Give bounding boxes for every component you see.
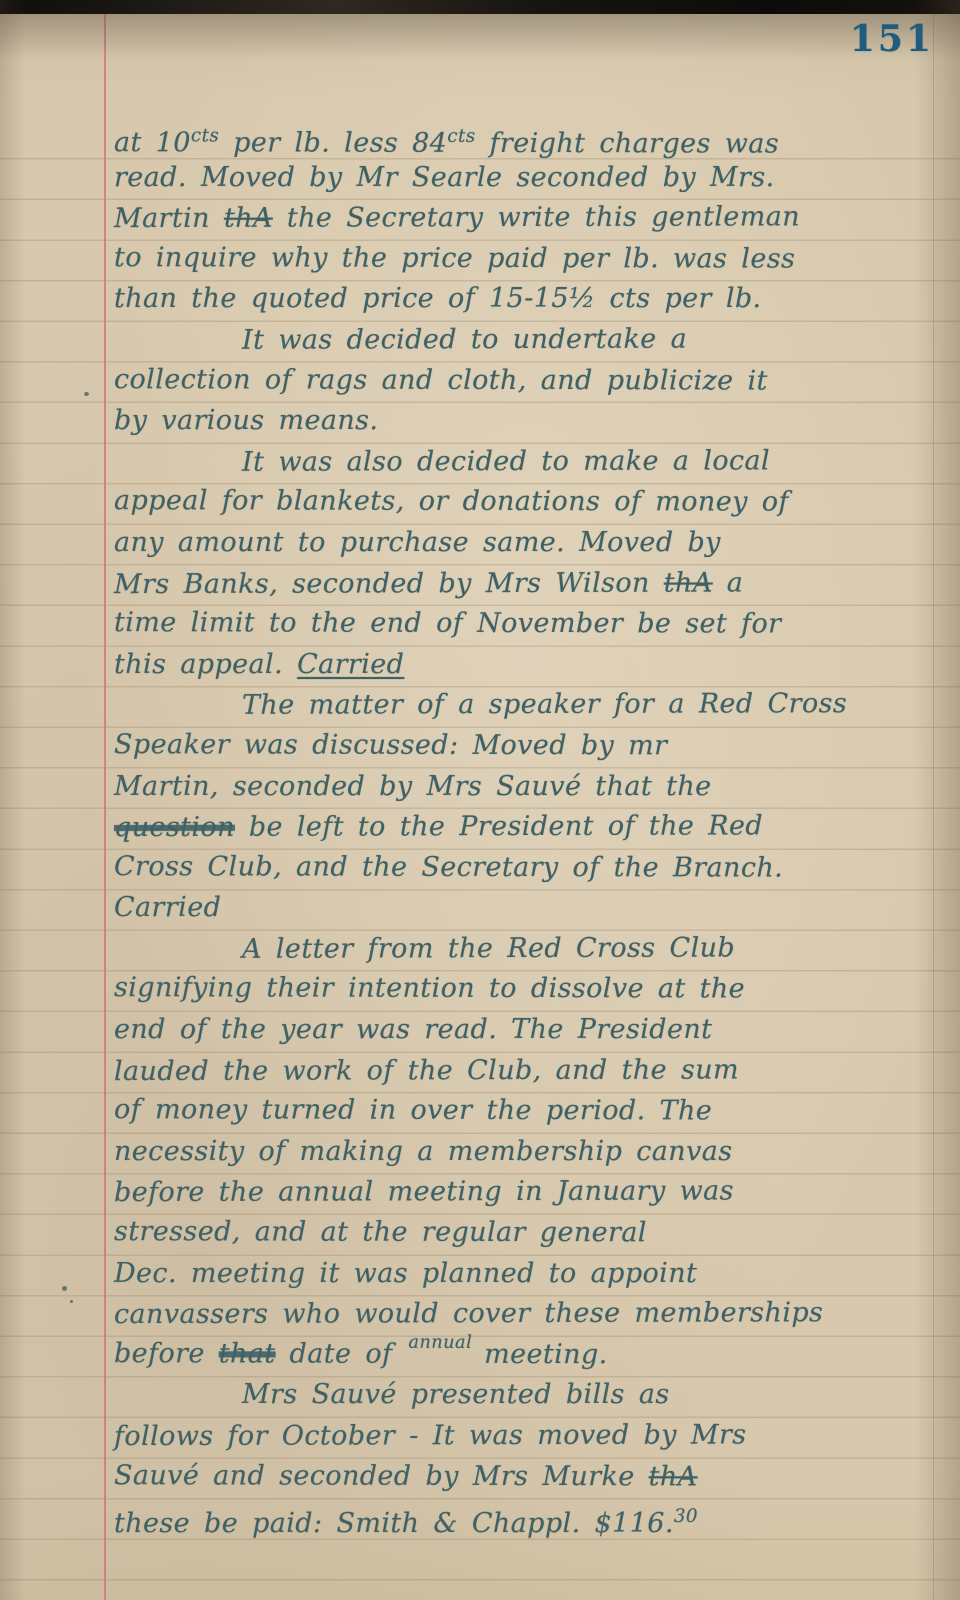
handwriting-segment-underline: Carried bbox=[297, 649, 404, 680]
handwriting-segment: per lb. less 84 bbox=[219, 127, 447, 158]
handwriting-segment: to inquire why the price paid per lb. wa… bbox=[114, 242, 795, 274]
handwriting-segment: a bbox=[713, 567, 744, 598]
handwriting-line: follows for October - It was moved by Mr… bbox=[114, 1416, 942, 1459]
handwriting-line: Mrs Sauvé presented bills as bbox=[114, 1376, 942, 1417]
handwriting-segment: this appeal. bbox=[114, 649, 297, 680]
handwriting-segment-scribble: that bbox=[219, 1338, 276, 1369]
handwriting-segment: be left to the President of the Red bbox=[235, 810, 763, 842]
handwriting-segment-sup: 30 bbox=[674, 1506, 698, 1527]
handwriting-segment: Cross Club, and the Secretary of the Bra… bbox=[114, 851, 783, 883]
handwriting-segment: freight charges was bbox=[476, 128, 780, 160]
notebook-page: 151 at 10cts per lb. less 84cts freight … bbox=[0, 0, 960, 1600]
handwriting-segment: Dec. meeting it was planned to appoint bbox=[114, 1258, 697, 1289]
handwriting-line: at 10cts per lb. less 84cts freight char… bbox=[114, 117, 942, 159]
handwriting-segment-sup: cts bbox=[447, 126, 475, 147]
handwriting-segment: Martin, seconded by Mrs Sauvé that the bbox=[114, 771, 712, 802]
handwriting-segment: Mrs Sauvé presented bills as bbox=[242, 1379, 670, 1410]
book-top-edge bbox=[0, 0, 960, 14]
handwriting-segment: It was decided to undertake a bbox=[242, 324, 687, 356]
handwriting-segment: follows for October - It was moved by Mr… bbox=[114, 1419, 747, 1452]
handwriting-segment-scribble: question bbox=[114, 812, 235, 843]
handwriting-segment: the Secretary write this gentleman bbox=[273, 201, 800, 233]
handwriting-line: Dec. meeting it was planned to appoint bbox=[114, 1255, 942, 1296]
handwriting-line: time limit to the end of November be set… bbox=[114, 604, 942, 646]
handwriting-line: read. Moved by Mr Searle seconded by Mrs… bbox=[114, 159, 942, 200]
handwriting-segment: appeal for blankets, or donations of mon… bbox=[114, 485, 789, 517]
handwriting-segment: stressed, and at the regular general bbox=[114, 1216, 647, 1248]
handwriting-line: these be paid: Smith & Chappl. $116.30 bbox=[114, 1498, 942, 1539]
handwriting-line: before the annual meeting in January was bbox=[114, 1172, 942, 1215]
handwriting-segment: Carried bbox=[114, 892, 221, 923]
handwriting-line: Cross Club, and the Secretary of the Bra… bbox=[114, 848, 942, 890]
ink-speck bbox=[62, 1286, 67, 1291]
handwriting-segment-strike: thA bbox=[224, 203, 273, 234]
handwriting-line: than the quoted price of 15-15½ cts per … bbox=[114, 280, 942, 321]
handwriting-line: It was also decided to make a local bbox=[114, 442, 942, 485]
handwriting-segment: Martin bbox=[114, 203, 224, 234]
left-edge-shadow bbox=[0, 0, 26, 1600]
handwriting-segment: The matter of a speaker for a Red Cross bbox=[242, 688, 847, 721]
handwriting-segment: Mrs Banks, seconded by Mrs Wilson bbox=[114, 567, 664, 599]
handwriting-segment: any amount to purchase same. Moved by bbox=[114, 527, 721, 558]
handwriting-line: appeal for blankets, or donations of mon… bbox=[114, 482, 942, 524]
handwriting-line: A letter from the Red Cross Club bbox=[114, 929, 942, 972]
handwriting-text: at 10cts per lb. less 84cts freight char… bbox=[114, 118, 942, 1539]
handwriting-line: It was decided to undertake a bbox=[114, 320, 942, 363]
handwriting-segment: It was also decided to make a local bbox=[242, 445, 770, 477]
handwriting-segment: necessity of making a membership canvas bbox=[114, 1136, 732, 1167]
handwriting-segment: time limit to the end of November be set… bbox=[114, 607, 782, 639]
handwriting-line: Martin, seconded by Mrs Sauvé that the bbox=[114, 768, 942, 809]
handwriting-line: canvassers who would cover these members… bbox=[114, 1294, 942, 1337]
handwriting-line: by various means. bbox=[114, 402, 942, 443]
handwriting-line: end of the year was read. The President bbox=[114, 1011, 942, 1052]
handwriting-line: to inquire why the price paid per lb. wa… bbox=[114, 239, 942, 281]
handwriting-segment-ins: annual bbox=[408, 1324, 472, 1362]
handwriting-segment: Speaker was discussed: Moved by mr bbox=[114, 729, 668, 761]
handwriting-segment: date of bbox=[276, 1338, 407, 1369]
handwriting-segment: end of the year was read. The President bbox=[114, 1014, 712, 1045]
ink-speck bbox=[70, 1300, 73, 1303]
handwriting-segment-strike: thA bbox=[664, 567, 713, 598]
handwriting-segment: read. Moved by Mr Searle seconded by Mrs… bbox=[114, 162, 775, 193]
handwriting-line: collection of rags and cloth, and public… bbox=[114, 361, 942, 403]
handwriting-segment: meeting. bbox=[470, 1339, 608, 1370]
handwriting-line: this appeal. Carried bbox=[114, 646, 942, 687]
handwriting-line: any amount to purchase same. Moved by bbox=[114, 524, 942, 565]
handwriting-segment: at 10 bbox=[114, 127, 191, 158]
margin-line bbox=[104, 14, 106, 1600]
handwriting-line: lauded the work of the Club, and the sum bbox=[114, 1051, 942, 1094]
handwriting-line: of money turned in over the period. The bbox=[114, 1091, 942, 1133]
handwriting-line: The matter of a speaker for a Red Cross bbox=[114, 685, 942, 728]
handwriting-segment: of money turned in over the period. The bbox=[114, 1094, 712, 1126]
handwriting-segment: collection of rags and cloth, and public… bbox=[114, 364, 768, 396]
handwriting-segment: before bbox=[114, 1338, 219, 1369]
handwriting-segment: by various means. bbox=[114, 405, 378, 436]
handwriting-segment: A letter from the Red Cross Club bbox=[242, 932, 735, 964]
handwriting-segment: Sauvé and seconded by Mrs Murke bbox=[114, 1460, 649, 1492]
handwriting-line: Martin thA the Secretary write this gent… bbox=[114, 198, 942, 241]
handwriting-line: question be left to the President of the… bbox=[114, 807, 942, 850]
handwriting-line: necessity of making a membership canvas bbox=[114, 1133, 942, 1174]
handwriting-line: Carried bbox=[114, 889, 942, 930]
handwriting-line: before that date of annual meeting. bbox=[114, 1335, 942, 1377]
handwriting-line: Speaker was discussed: Moved by mr bbox=[114, 726, 942, 768]
page-number: 151 bbox=[850, 18, 934, 60]
handwriting-segment: lauded the work of the Club, and the sum bbox=[114, 1054, 739, 1087]
handwriting-line: stressed, and at the regular general bbox=[114, 1213, 942, 1255]
handwriting-line: signifying their intention to dissolve a… bbox=[114, 970, 942, 1012]
handwriting-line: Sauvé and seconded by Mrs Murke thA bbox=[114, 1457, 942, 1499]
ink-speck bbox=[84, 392, 89, 396]
handwriting-segment: these be paid: Smith & Chappl. $116. bbox=[114, 1508, 674, 1539]
handwriting-segment: before the annual meeting in January was bbox=[114, 1176, 734, 1209]
handwriting-segment: signifying their intention to dissolve a… bbox=[114, 973, 745, 1005]
handwriting-segment: than the quoted price of 15-15½ cts per … bbox=[114, 283, 762, 314]
handwriting-segment-sup: cts bbox=[191, 125, 219, 146]
handwriting-line: Mrs Banks, seconded by Mrs Wilson thA a bbox=[114, 563, 942, 606]
handwriting-segment-strike: thA bbox=[649, 1461, 698, 1492]
top-edge-shadow bbox=[0, 14, 960, 60]
